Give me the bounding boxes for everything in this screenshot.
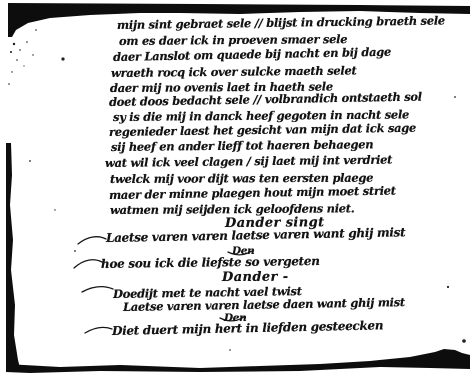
bottom-scan-border — [6, 349, 470, 373]
manuscript-line: wraeth rocq ick over sulcke maeth selet — [111, 63, 357, 80]
song-heading: Dander - — [222, 270, 289, 285]
manuscript-line: Laetse varen varen laetse varen want ghi… — [106, 225, 406, 245]
manuscript-page: mijn sint gebraet sele // blijst in druc… — [0, 0, 470, 377]
manuscript-line: maer der minne plaegen hout mijn moet st… — [109, 183, 396, 202]
corner-noise-specks — [8, 29, 37, 85]
manuscript-line: regenieder laest het gesicht van mijn da… — [109, 121, 416, 139]
manuscript-line: mijn sint gebraet sele // blijst in druc… — [117, 13, 445, 32]
left-scan-border — [6, 143, 20, 368]
manuscript-line: hoe sou ick die liefste so vergeten — [101, 254, 320, 271]
manuscript-line: wat wil ick veel clagen / sij laet mij i… — [105, 152, 392, 170]
manuscript-line: sij heef en ander lieff tot haeren behae… — [111, 137, 373, 154]
manuscript-line: Diet duert mijn hert in liefden gesteeck… — [112, 318, 384, 338]
